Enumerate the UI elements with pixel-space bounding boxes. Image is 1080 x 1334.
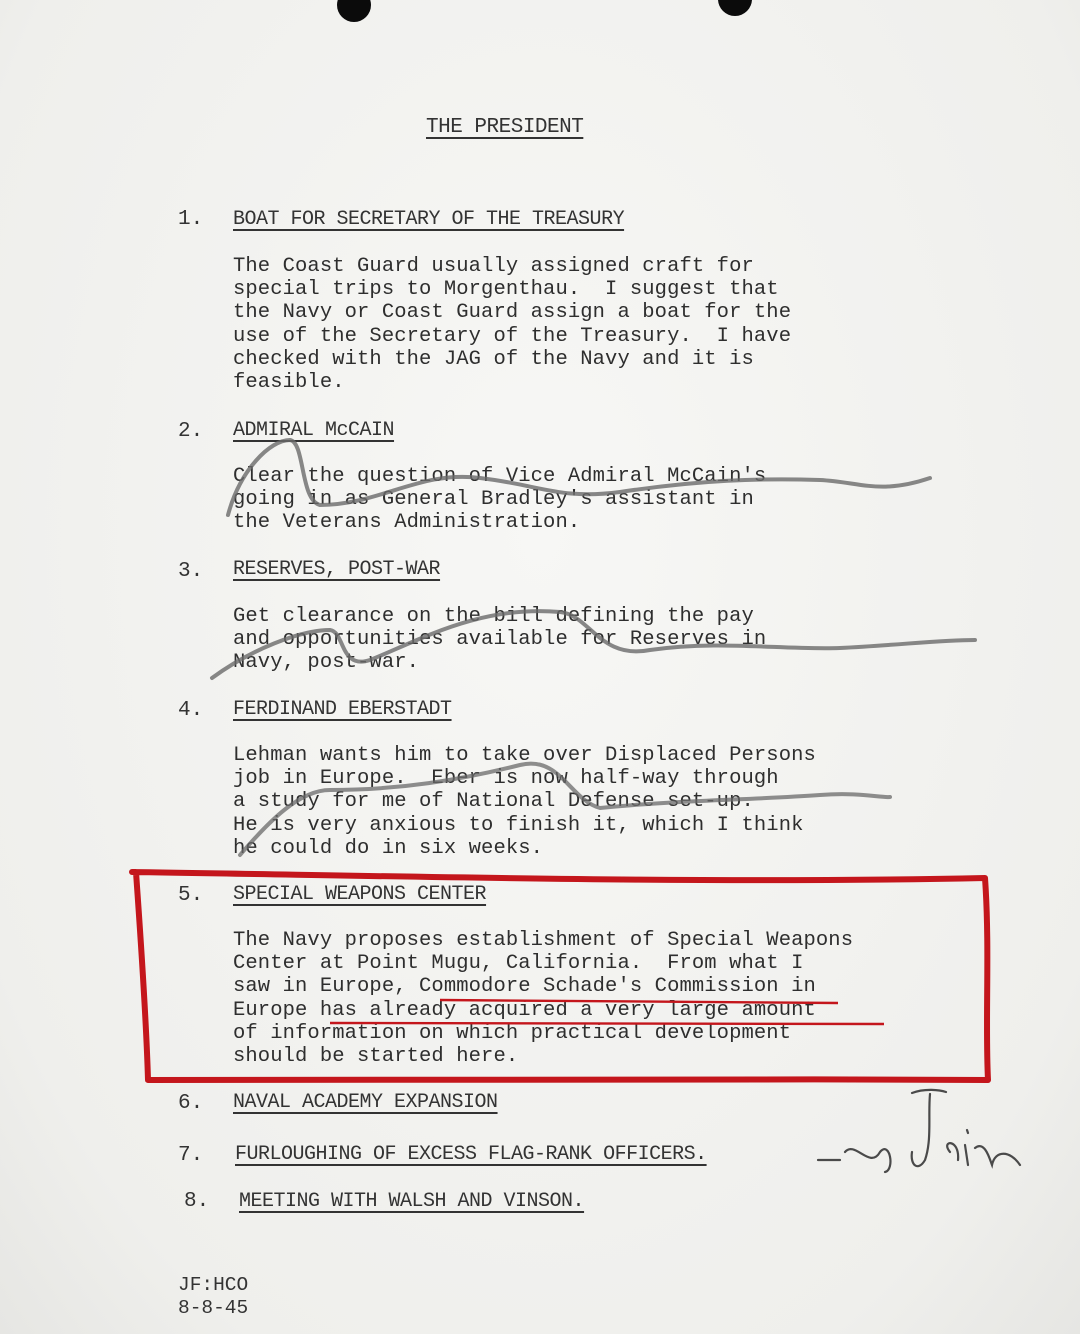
item-body: The Coast Guard usually assigned craft f… <box>233 255 791 394</box>
item-number: 8. <box>184 1190 209 1213</box>
document-page: THE PRESIDENT 1. BOAT FOR SECRETARY OF T… <box>0 0 1080 1334</box>
punch-hole <box>718 0 752 16</box>
item-heading: BOAT FOR SECRETARY OF THE TREASURY <box>233 208 624 231</box>
item-body: Lehman wants him to take over Displaced … <box>233 744 816 860</box>
item-heading: SPECIAL WEAPONS CENTER <box>233 883 486 906</box>
item-number: 5. <box>178 884 203 907</box>
item-heading: NAVAL ACADEMY EXPANSION <box>233 1091 498 1114</box>
item-heading: FURLOUGHING OF EXCESS FLAG-RANK OFFICERS… <box>235 1143 707 1166</box>
reference-initials-date: JF:HCO 8-8-45 <box>178 1274 248 1320</box>
item-body: Clear the question of Vice Admiral McCai… <box>233 465 766 535</box>
item-body: The Navy proposes establishment of Speci… <box>233 929 853 1068</box>
item-number: 6. <box>178 1092 203 1115</box>
item-heading: MEETING WITH WALSH AND VINSON. <box>239 1190 584 1213</box>
item-number: 1. <box>178 208 203 231</box>
item-heading: FERDINAND EBERSTADT <box>233 698 452 721</box>
item-heading: ADMIRAL McCAIN <box>233 419 394 442</box>
item-heading: RESERVES, POST-WAR <box>233 558 440 581</box>
item-number: 2. <box>178 420 203 443</box>
handwritten-signature <box>818 1090 1020 1172</box>
item-body: Get clearance on the bill defining the p… <box>233 605 766 675</box>
item-number: 4. <box>178 699 203 722</box>
punch-hole <box>337 0 371 22</box>
item-number: 7. <box>178 1144 203 1167</box>
item-number: 3. <box>178 560 203 583</box>
memo-title: THE PRESIDENT <box>426 116 583 139</box>
